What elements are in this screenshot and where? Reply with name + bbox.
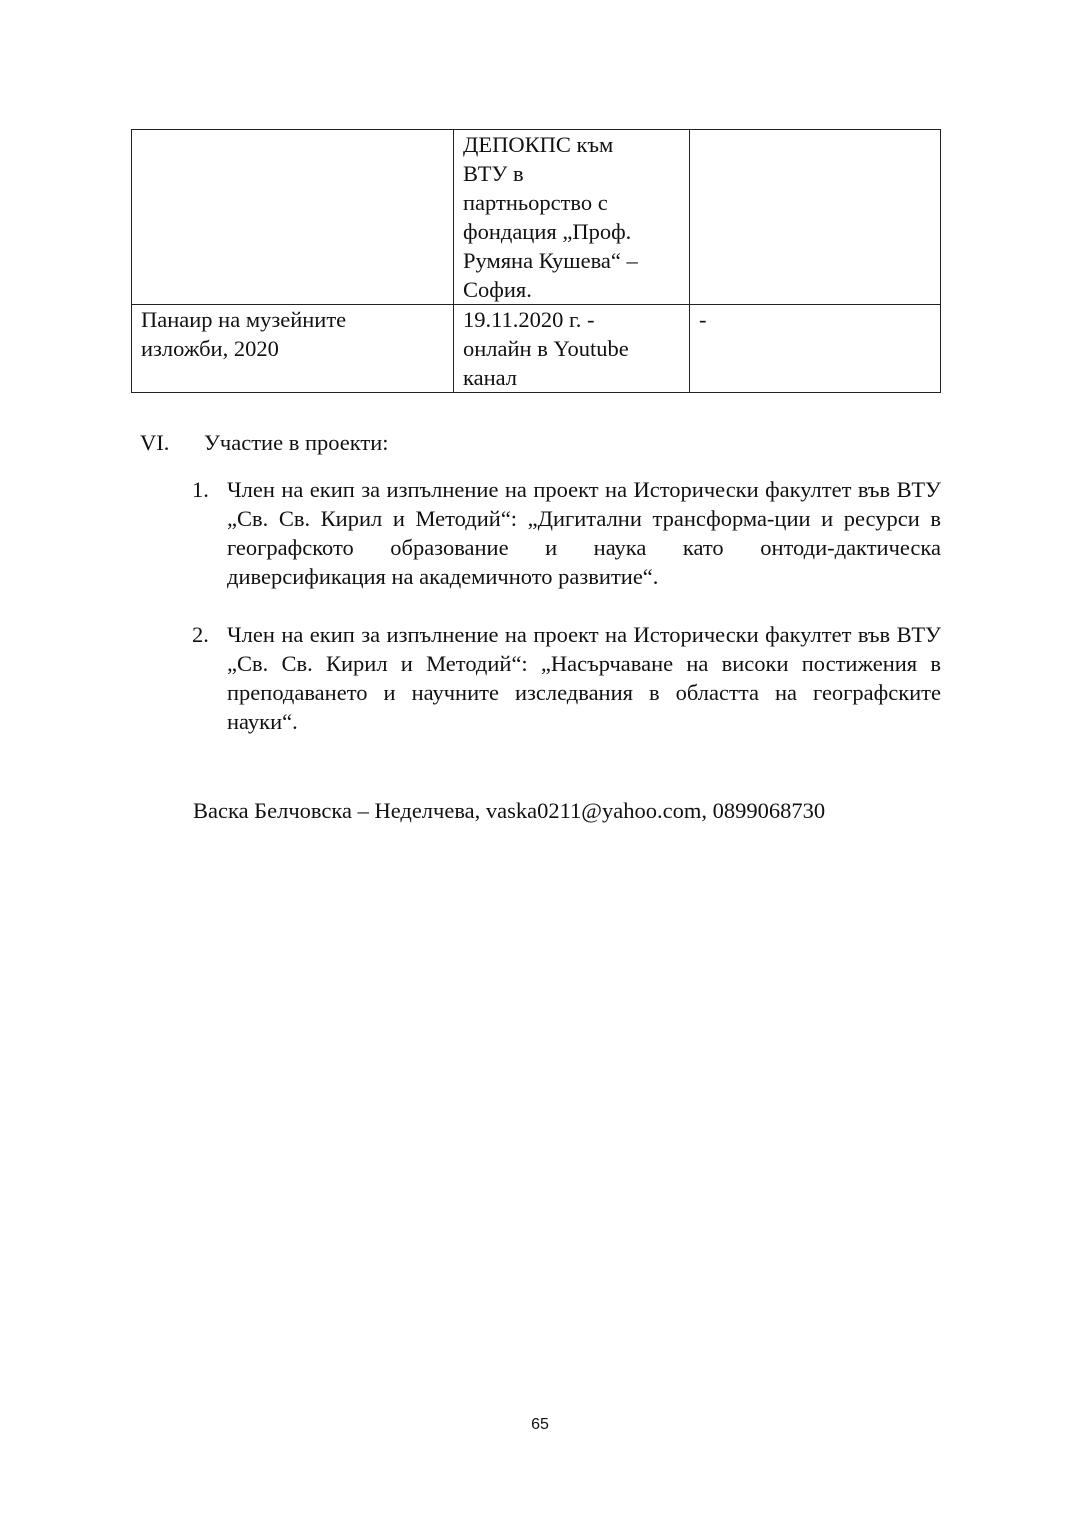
section-number: VI. xyxy=(140,428,204,457)
table-cell-event: Панаир на музейните изложби, 2020 xyxy=(132,305,454,393)
table-cell-notes xyxy=(690,130,941,305)
cell-line: Панаир на музейните xyxy=(141,305,445,334)
cell-line: 19.11.2020 г. - xyxy=(463,305,681,334)
contact-line: Васка Белчовска – Неделчева, vaska0211@y… xyxy=(193,796,825,825)
document-page: ДЕПОКПС към ВТУ в партньорство с фондаци… xyxy=(0,0,1080,1528)
cell-line: ВТУ в xyxy=(463,159,681,188)
cell-line: София. xyxy=(463,275,681,304)
cell-line: ДЕПОКПС към xyxy=(463,130,681,159)
table-cell-notes: - xyxy=(690,305,941,393)
cell-line: канал xyxy=(463,363,681,392)
project-list-item: 2. Член на екип за изпълнение на проект … xyxy=(192,620,941,736)
cell-line: Румяна Кушева“ – xyxy=(463,246,681,275)
cell-line: изложби, 2020 xyxy=(141,334,445,363)
table-cell-details: 19.11.2020 г. - онлайн в Youtube канал xyxy=(454,305,690,393)
table-row: ДЕПОКПС към ВТУ в партньорство с фондаци… xyxy=(132,130,941,305)
project-description: Член на екип за изпълнение на проект на … xyxy=(227,620,941,736)
page-number: 65 xyxy=(0,1416,1080,1434)
events-table: ДЕПОКПС към ВТУ в партньорство с фондаци… xyxy=(131,129,941,393)
project-description: Член на екип за изпълнение на проект на … xyxy=(227,475,941,591)
project-list-item: 1. Член на екип за изпълнение на проект … xyxy=(192,475,941,591)
section-heading: VI.Участие в проекти: xyxy=(140,428,389,457)
list-marker: 2. xyxy=(192,620,227,736)
table-cell-event xyxy=(132,130,454,305)
section-title: Участие в проекти: xyxy=(204,430,389,455)
table-cell-details: ДЕПОКПС към ВТУ в партньорство с фондаци… xyxy=(454,130,690,305)
table-row: Панаир на музейните изложби, 2020 19.11.… xyxy=(132,305,941,393)
cell-line: фондация „Проф. xyxy=(463,217,681,246)
cell-line: онлайн в Youtube xyxy=(463,334,681,363)
cell-text: - xyxy=(699,307,707,332)
list-marker: 1. xyxy=(192,475,227,591)
cell-line: партньорство с xyxy=(463,188,681,217)
